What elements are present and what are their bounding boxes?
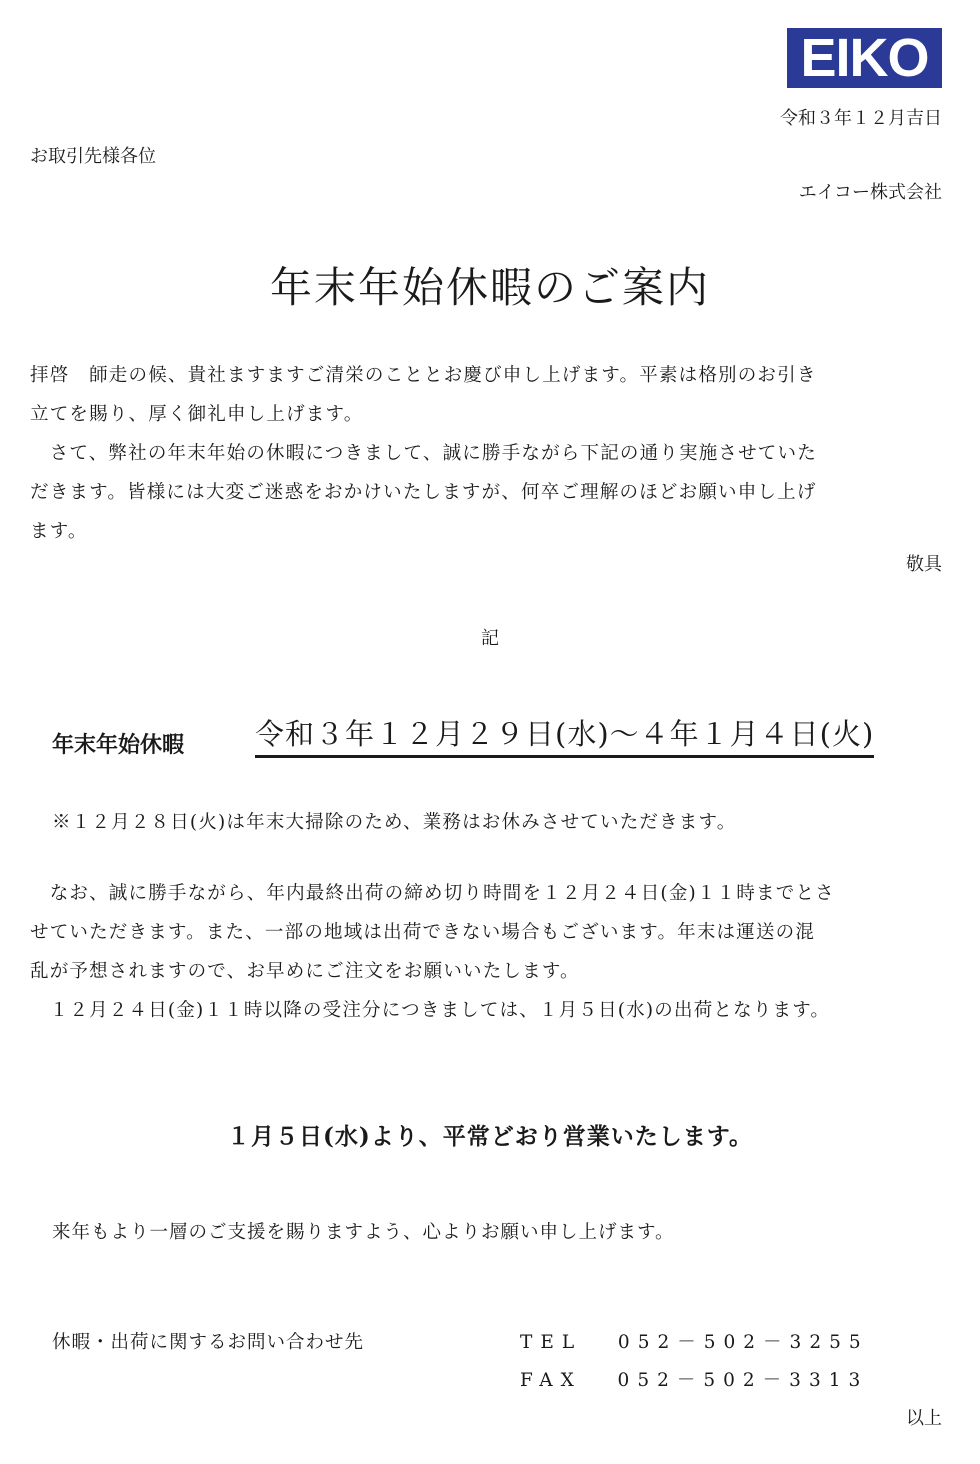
cleaning-note: ※１２月２８日(火)は年末大掃除のため、業務はお休みさせていただきます。 bbox=[52, 808, 736, 834]
fax-row: FAX 052－502－3313 bbox=[520, 1366, 868, 1392]
sender-company: エイコー株式会社 bbox=[799, 178, 942, 204]
end-marker: 以上 bbox=[906, 1404, 942, 1430]
body-paragraph: 拝啓 師走の候、貴社ますますご清栄のこととお慶び申し上げます。平素は格別のお引き… bbox=[30, 356, 950, 551]
tel-number[interactable]: 052－502－3255 bbox=[618, 1332, 869, 1353]
shipping-line: せていただきます。また、一部の地域は出荷できない場合もございます。年末は運送の混 bbox=[30, 913, 950, 952]
fax-label: FAX bbox=[520, 1370, 582, 1391]
fax-number: 052－502－3313 bbox=[618, 1370, 869, 1391]
body-line: 立てを賜り、厚く御礼申し上げます。 bbox=[30, 395, 950, 434]
holiday-range: 令和３年１２月２９日(水)～４年１月４日(火) bbox=[255, 712, 874, 758]
company-logo: EIKO bbox=[787, 28, 942, 88]
holiday-label: 年末年始休暇 bbox=[52, 728, 184, 759]
closing-keigu: 敬具 bbox=[906, 550, 942, 576]
shipping-line: 乱が予想されますので、お早めにご注文をお願いいたします。 bbox=[30, 952, 950, 991]
regards-text: 来年もより一層のご支援を賜りますよう、心よりお願い申し上げます。 bbox=[52, 1218, 675, 1244]
shipping-paragraph: なお、誠に勝手ながら、年内最終出荷の締め切り時間を１２月２４日(金)１１時までと… bbox=[30, 874, 950, 1030]
reopen-notice: １月５日(水)より、平常どおり営業いたします。 bbox=[0, 1118, 980, 1151]
body-line: さて、弊社の年末年始の休暇につきまして、誠に勝手ながら下記の通り実施させていた bbox=[30, 434, 950, 473]
document-date: 令和３年１２月吉日 bbox=[780, 104, 942, 130]
body-line: ます。 bbox=[30, 512, 950, 551]
body-line: 拝啓 師走の候、貴社ますますご清栄のこととお慶び申し上げます。平素は格別のお引き bbox=[30, 356, 950, 395]
page-title: 年末年始休暇のご案内 bbox=[0, 255, 980, 315]
contact-label: 休暇・出荷に関するお問い合わせ先 bbox=[52, 1328, 364, 1354]
tel-row: TEL 052－502－3255 bbox=[520, 1328, 869, 1354]
body-line: だきます。皆様には大変ご迷惑をおかけいたしますが、何卒ご理解のほどお願い申し上げ bbox=[30, 473, 950, 512]
tel-label: TEL bbox=[520, 1332, 582, 1353]
shipping-line: なお、誠に勝手ながら、年内最終出荷の締め切り時間を１２月２４日(金)１１時までと… bbox=[30, 874, 950, 913]
ki-marker: 記 bbox=[0, 624, 980, 650]
shipping-line: １２月２４日(金)１１時以降の受注分につきましては、１月５日(水)の出荷となりま… bbox=[30, 991, 950, 1030]
recipient: お取引先様各位 bbox=[30, 142, 156, 168]
